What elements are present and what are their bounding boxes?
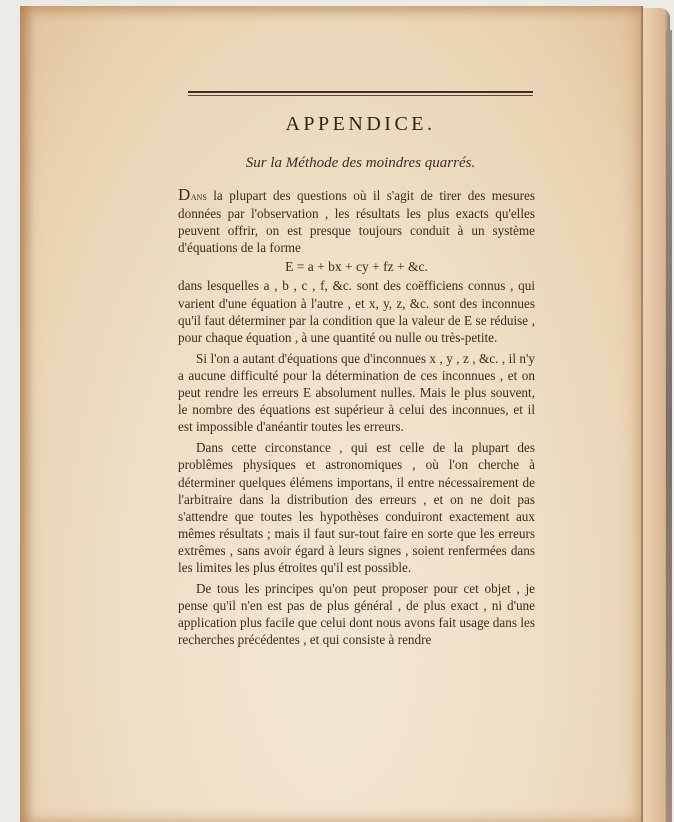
equation: E = a + bx + cy + fz + &c. xyxy=(178,258,535,275)
paragraph-4: De tous les principes qu'on peut propose… xyxy=(178,580,535,648)
paragraph-1-continued: dans lesquelles a , b , c , f, &c. sont … xyxy=(178,277,535,345)
page-subtitle: Sur la Méthode des moindres quarrés. xyxy=(168,155,553,172)
drop-capital: D xyxy=(178,185,191,204)
page-title: APPENDICE. xyxy=(168,113,553,136)
paragraph-3: Dans cette circonstance , qui est celle … xyxy=(178,439,535,576)
book-cover-edge xyxy=(666,30,672,822)
paragraph-1: Dans la plupart des questions où il s'ag… xyxy=(178,186,535,256)
paragraph-2: Si l'on a autant d'équations que d'incon… xyxy=(178,350,535,435)
double-rule-divider xyxy=(188,91,533,96)
small-caps-text: ans xyxy=(191,189,207,203)
paragraph-1-text: la plupart des questions où il s'agit de… xyxy=(178,188,535,255)
body-text: Dans la plupart des questions où il s'ag… xyxy=(178,186,535,648)
